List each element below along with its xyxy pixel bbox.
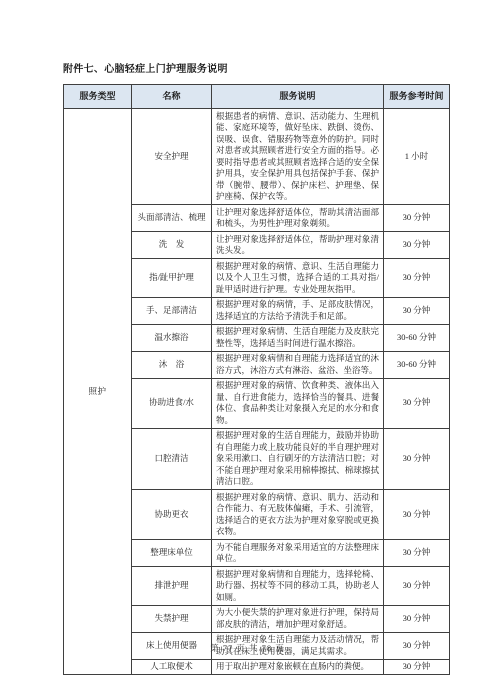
service-name: 整理床单位 bbox=[132, 540, 212, 567]
service-time: 30-60 分钟 bbox=[384, 351, 450, 378]
service-name: 失禁护理 bbox=[132, 605, 212, 632]
service-description: 为大小便失禁的护理对象进行护理，保持局部皮肤的清洁，增加护理对象舒适。 bbox=[212, 605, 384, 632]
service-name: 沐 浴 bbox=[132, 351, 212, 378]
col-header-reference-time: 服务参考时间 bbox=[384, 85, 450, 109]
service-time: 30 分钟 bbox=[384, 490, 450, 540]
service-description: 根据护理对象的病情、意识、肌力、活动和合作能力、有无肢体偏瘫，手术、引流管，选择… bbox=[212, 490, 384, 540]
page-footer: 第 77 页 共 78 页 bbox=[0, 642, 495, 654]
service-time: 1 小时 bbox=[384, 109, 450, 205]
service-name: 头面部清洁、梳理 bbox=[132, 205, 212, 232]
category-cell: 照护 bbox=[64, 109, 132, 675]
service-description: 让护理对象选择舒适体位，帮助护理对象清洗头发。 bbox=[212, 232, 384, 259]
service-time: 30 分钟 bbox=[384, 232, 450, 259]
service-description: 根据护理对象的生活自理能力，鼓励并协助有自理能力或上肢功能良好的半自理护理对象采… bbox=[212, 428, 384, 490]
service-description: 用于取出护理对象嵌顿在直肠内的粪便。 bbox=[212, 659, 384, 675]
service-description: 为不能自理服务对象采用适宜的方法整理床单位。 bbox=[212, 540, 384, 567]
service-name: 温水擦浴 bbox=[132, 324, 212, 351]
service-time: 30 分钟 bbox=[384, 659, 450, 675]
service-description: 根据患者的病情、意识、活动能力、生理机能、家庭环境等，做好坠床、跌倒、烫伤、误吸… bbox=[212, 109, 384, 205]
service-time: 30 分钟 bbox=[384, 605, 450, 632]
service-name: 人工取便术 bbox=[132, 659, 212, 675]
service-time: 30 分钟 bbox=[384, 297, 450, 324]
service-name: 口腔清洁 bbox=[132, 428, 212, 490]
service-name: 手、足部清洁 bbox=[132, 297, 212, 324]
col-header-description: 服务说明 bbox=[212, 85, 384, 109]
service-time: 30 分钟 bbox=[384, 540, 450, 567]
document-page: 附件七、心脑轻症上门护理服务说明 服务类型 名称 服务说明 服务参考时间 照护 … bbox=[0, 0, 495, 700]
service-description: 根据护理对象的病情、饮食种类、液体出入量、自行进食能力，选择恰当的餐具、进餐体位… bbox=[212, 378, 384, 428]
service-description: 根据护理对象病情和自理能力，选择轮椅、助行器、拐杖等不同的移动工具，协助老人如厕… bbox=[212, 567, 384, 606]
service-description: 根据护理对象的病情、意识、生活自理能力以及个人卫生习惯，选择合适的工具对指/趾甲… bbox=[212, 259, 384, 298]
service-name: 协助更衣 bbox=[132, 490, 212, 540]
service-name: 排泄护理 bbox=[132, 567, 212, 606]
service-name: 安全护理 bbox=[132, 109, 212, 205]
service-time: 30-60 分钟 bbox=[384, 324, 450, 351]
col-header-name: 名称 bbox=[132, 85, 212, 109]
service-name: 洗 发 bbox=[132, 232, 212, 259]
service-name: 协助进食/水 bbox=[132, 378, 212, 428]
table-row: 照护 安全护理 根据患者的病情、意识、活动能力、生理机能、家庭环境等，做好坠床、… bbox=[64, 109, 450, 205]
service-description: 根据护理对象病情、生活自理能力及皮肤完整性等，选择适当时间进行温水擦浴。 bbox=[212, 324, 384, 351]
service-name: 指/趾甲护理 bbox=[132, 259, 212, 298]
page-title: 附件七、心脑轻症上门护理服务说明 bbox=[63, 60, 228, 75]
service-table: 服务类型 名称 服务说明 服务参考时间 照护 安全护理 根据患者的病情、意识、活… bbox=[63, 84, 450, 675]
service-description: 根据护理对象病情和自理能力选择适宜的沐浴方式，沐浴方式有淋浴、盆浴、坐浴等。 bbox=[212, 351, 384, 378]
service-description: 让护理对象选择舒适体位，帮助其清洁面部和梳头，为男性护理对象剃须。 bbox=[212, 205, 384, 232]
col-header-service-type: 服务类型 bbox=[64, 85, 132, 109]
service-time: 30 分钟 bbox=[384, 205, 450, 232]
service-description: 根据护理对象的病情，手、足部皮肤情况，选择适宜的方法给予清洗手和足部。 bbox=[212, 297, 384, 324]
table-header-row: 服务类型 名称 服务说明 服务参考时间 bbox=[64, 85, 450, 109]
service-time: 30 分钟 bbox=[384, 567, 450, 606]
service-time: 30 分钟 bbox=[384, 428, 450, 490]
service-time: 30 分钟 bbox=[384, 259, 450, 298]
service-time: 30 分钟 bbox=[384, 378, 450, 428]
